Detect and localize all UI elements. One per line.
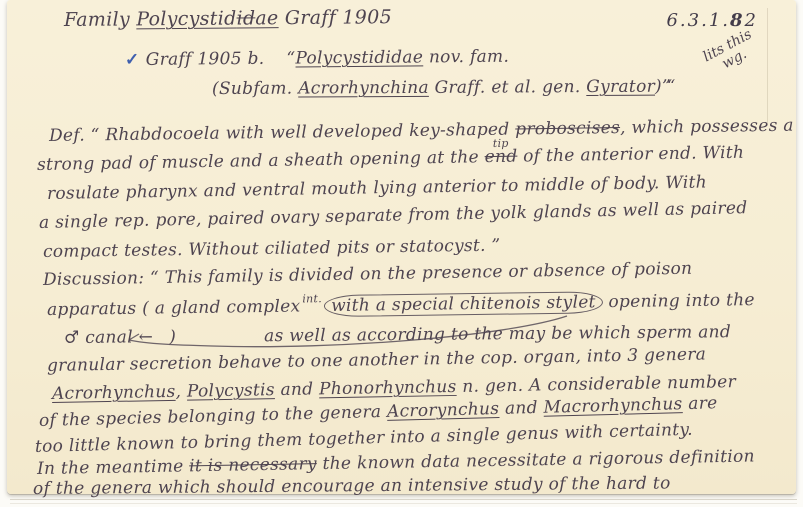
handwritten-line: apparatus ( a gland complexint.with a sp… <box>47 289 755 322</box>
text-segment: endtip <box>484 147 517 168</box>
text-segment: with a special chitenois stylet <box>324 291 603 317</box>
handwritten-line: strong pad of muscle and a sheath openin… <box>37 143 745 175</box>
handwritten-line: Discussion: “ This family is divided on … <box>43 259 693 290</box>
handwritten-line: granular secretion behave to one another… <box>47 344 706 376</box>
text-segment: it is necessary <box>189 454 317 476</box>
text-segment: Graff 1905 <box>278 6 392 29</box>
text-segment: apparatus ( a gland complex <box>47 296 301 320</box>
text-segment: strong pad of muscle and a sheath openin… <box>37 147 485 175</box>
text-segment: Polycystididae <box>295 47 423 68</box>
text-segment: are <box>682 393 717 414</box>
text-segment: Def. “ Rhabdocoela with well developed k… <box>49 119 516 146</box>
text-segment: of the genera which should encourage an … <box>33 473 671 499</box>
text-segment: , <box>175 382 187 402</box>
text-segment: granular secretion behave to one another… <box>47 344 706 376</box>
scan-edge-line-2 <box>10 503 797 504</box>
text-segment: Phonorhynchus <box>319 377 457 399</box>
text-segment: Graff 1905 b. <box>146 49 265 70</box>
inserted-word: tip <box>493 134 509 154</box>
handwritten-line: a single rep. pore, paired ovary separat… <box>39 198 748 233</box>
text-segment: of the anterior end. With <box>517 143 744 167</box>
text-segment: nov. fam. <box>423 47 509 68</box>
text-segment: Graff. et al. gen. <box>429 77 587 98</box>
text-segment: ← <box>139 327 154 347</box>
text-segment: Polycystid <box>136 7 236 30</box>
text-segment: ♂ canal <box>64 327 139 348</box>
text-segment: the known data necessitate a rigorous de… <box>317 446 755 474</box>
text-segment: Acrorynchus <box>387 399 500 422</box>
handwritten-line: rosulate pharynx and ventral mouth lying… <box>47 172 707 204</box>
text-segment: Gyrator <box>586 77 655 97</box>
handwritten-line: ♂ canal ←)as well as according to the ma… <box>64 322 731 348</box>
text-segment: ae <box>255 7 278 29</box>
text-segment: ) <box>169 327 176 347</box>
text-segment: )” <box>655 77 671 97</box>
text-segment: Polycystis <box>187 380 275 402</box>
text-segment: Acrorhynchus <box>52 382 176 404</box>
text-segment: and <box>275 379 320 400</box>
spacer <box>176 341 264 342</box>
text-segment: , which possesses a <box>620 116 794 138</box>
text-segment: proboscises <box>515 118 620 139</box>
handwritten-line: ✓ Graff 1905 b.“Polycystididae nov. fam. <box>125 47 509 70</box>
text-segment: Macrorhynchus <box>543 394 683 418</box>
text-segment: (Subfam. <box>212 79 298 99</box>
text-segment: and <box>499 398 544 419</box>
text-segment: id <box>236 7 255 29</box>
handwritten-line: Def. “ Rhabdocoela with well developed k… <box>49 116 794 146</box>
scan-edge-line <box>10 499 797 500</box>
text-segment: as well as according to the may be which… <box>264 322 731 346</box>
handwritten-line: Family Polycystididae Graff 1905 <box>64 7 392 30</box>
text-segment: compact testes. Without ciliated pits or… <box>43 236 501 262</box>
inserted-word: int. <box>300 292 324 305</box>
text-segment: ✓ <box>125 50 146 70</box>
text-segment: In the meantime <box>37 456 190 479</box>
text-segment: Family <box>64 8 136 31</box>
card-crease <box>767 8 768 123</box>
text-segment: of the species belonging to the genera <box>39 402 388 431</box>
text-segment: a single rep. pore, paired ovary separat… <box>39 198 748 233</box>
text-segment: Discussion: “ This family is divided on … <box>43 259 693 290</box>
index-card: 6.3.1.82 “ lits this wg. Family Polycyst… <box>7 0 796 494</box>
text-segment: Acrorhynchina <box>298 78 429 99</box>
handwritten-line: of the genera which should encourage an … <box>33 473 671 499</box>
text-segment: rosulate pharynx and ventral mouth lying… <box>47 172 707 204</box>
handwritten-line: compact testes. Without ciliated pits or… <box>43 236 501 262</box>
handwritten-line: (Subfam. Acrorhynchina Graff. et al. gen… <box>212 77 671 99</box>
margin-note: lits this wg. <box>701 27 761 78</box>
text-segment: opening into the <box>603 290 755 312</box>
date-pre: 6.3.1. <box>666 10 730 31</box>
